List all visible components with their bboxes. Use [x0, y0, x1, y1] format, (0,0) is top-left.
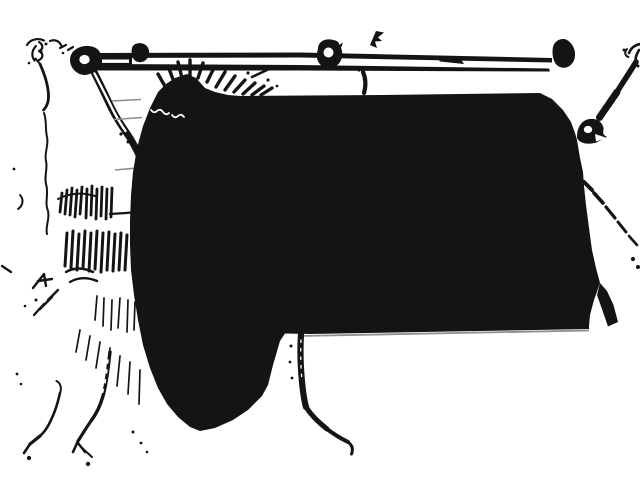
binarized-insect-photo: pinned-insect-specimen — [0, 0, 640, 480]
insect-specimen-image: pinned-insect-specimen — [0, 0, 640, 480]
hanging-stub — [363, 72, 365, 93]
pin-knob — [132, 43, 149, 62]
